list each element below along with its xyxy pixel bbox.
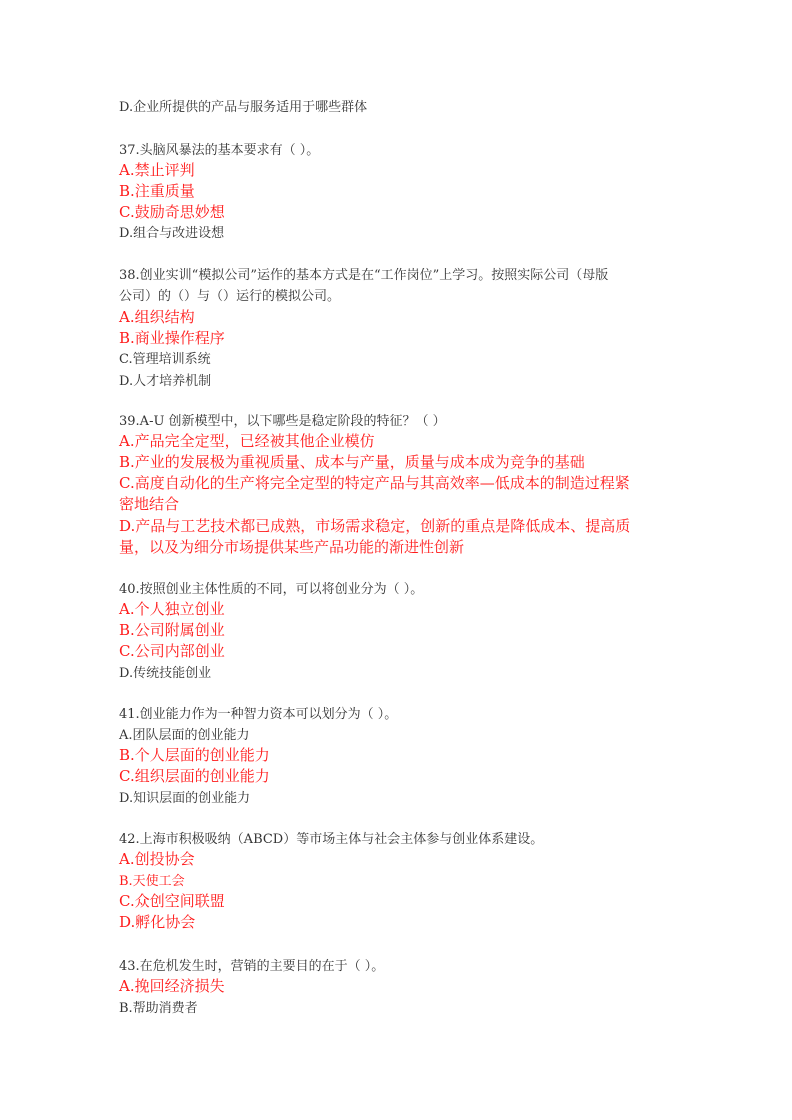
question-stem: 42.上海市积极吸纳（ABCD）等市场主体与社会主体参与创业体系建设。	[119, 830, 543, 850]
question-stem: 40.按照创业主体性质的不同，可以将创业分为（ ）。	[119, 580, 423, 600]
question-stem: 41.创业能力作为一种智力资本可以划分为（ ）。	[119, 705, 397, 725]
option-carryover-d: D.企业所提供的产品与服务适用于哪些群体	[119, 98, 367, 118]
option-b-correct: B.商业操作程序	[119, 328, 225, 348]
option-a-correct: A.组织结构	[119, 307, 195, 327]
option-b-correct: B.天使工会	[119, 872, 185, 892]
option-d-correct: D.孵化协会	[119, 912, 195, 932]
option-c-correct: C.公司内部创业	[119, 641, 225, 661]
option-c-correct: C.鼓励奇思妙想	[119, 202, 225, 222]
option-b-correct: B.注重质量	[119, 181, 195, 201]
option-b-correct: B.个人层面的创业能力	[119, 745, 270, 765]
option-d: D.组合与改进设想	[119, 224, 224, 244]
question-stem-line1: 38.创业实训“模拟公司”运作的基本方式是在“工作岗位”上学习。按照实际公司（母…	[119, 266, 608, 286]
option-c-correct-line1: C.高度自动化的生产将完全定型的特定产品与其高效率—低成本的制造过程紧	[119, 473, 630, 493]
option-a: A.团队层面的创业能力	[119, 726, 250, 746]
option-d: D.传统技能创业	[119, 664, 211, 684]
option-d: D.知识层面的创业能力	[119, 789, 250, 809]
option-d: D.人才培养机制	[119, 372, 211, 392]
option-b: B.帮助消费者	[119, 999, 198, 1019]
option-d-correct-line2: 量，以及为细分市场提供某些产品功能的渐进性创新	[119, 537, 464, 557]
question-stem: 43.在危机发生时，营销的主要目的在于（ ）。	[119, 957, 384, 977]
option-a-correct: A.产品完全定型，已经被其他企业模仿	[119, 431, 375, 451]
option-c-correct: C.众创空间联盟	[119, 891, 225, 911]
option-c-correct: C.组织层面的创业能力	[119, 766, 270, 786]
question-stem-line2: 公司）的（）与（）运行的模拟公司。	[119, 287, 340, 307]
option-d-correct-line1: D.产品与工艺技术都已成熟，市场需求稳定，创新的重点是降低成本、提高质	[119, 516, 630, 536]
option-a-correct: A.创投协会	[119, 849, 195, 869]
option-b-correct: B.产业的发展极为重视质量、成本与产量，质量与成本成为竞争的基础	[119, 452, 585, 472]
option-a-correct: A.挽回经济损失	[119, 976, 225, 996]
option-c: C.管理培训系统	[119, 350, 211, 370]
question-stem: 37.头脑风暴法的基本要求有（ ）。	[119, 141, 319, 161]
option-a-correct: A.禁止评判	[119, 160, 195, 180]
option-b-correct: B.公司附属创业	[119, 620, 225, 640]
option-a-correct: A.个人独立创业	[119, 599, 225, 619]
question-stem: 39.A-U 创新模型中，以下哪些是稳定阶段的特征？（ ）	[119, 412, 446, 432]
option-c-correct-line2: 密地结合	[119, 494, 179, 514]
